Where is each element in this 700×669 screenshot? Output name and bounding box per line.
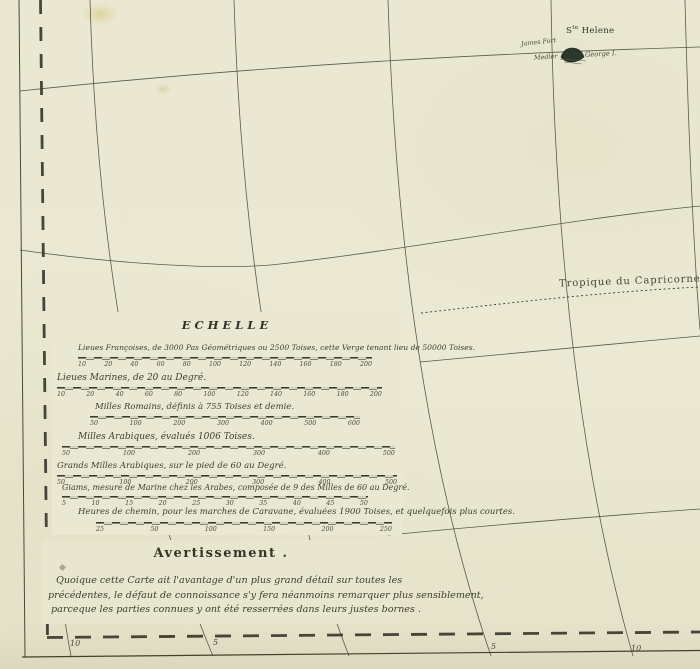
notice-paragraph: Quoique cette Carte ait l'avantage d'un … bbox=[46, 574, 398, 618]
scale-number: 160 bbox=[300, 361, 312, 368]
map-stage: Tropique du Capricorne Ste Helene James … bbox=[0, 0, 700, 669]
scale-bar bbox=[90, 416, 360, 419]
scale-number: 50 bbox=[360, 500, 368, 507]
scale-numbers: 5101520253035404550 bbox=[62, 500, 368, 507]
st-helena-island bbox=[560, 48, 586, 64]
scale-number: 25 bbox=[192, 500, 200, 507]
scale-number: 20 bbox=[86, 391, 94, 398]
scale-number: 140 bbox=[270, 391, 282, 398]
scale-number: 45 bbox=[326, 500, 334, 507]
scale-number: 30 bbox=[226, 500, 234, 507]
scale-numbers: 2550100150200250 bbox=[96, 526, 392, 533]
scale-numbers: 50100200300400500 bbox=[62, 450, 395, 457]
scale-number: 180 bbox=[337, 391, 349, 398]
medler-label: Medler bbox=[534, 52, 558, 62]
scale-number: 10 bbox=[92, 500, 100, 507]
scale-number: 40 bbox=[293, 500, 301, 507]
scale-title: ECHELLE bbox=[52, 318, 402, 332]
scale-number: 40 bbox=[116, 391, 124, 398]
scale-number: 50 bbox=[90, 420, 98, 427]
scale-number: 160 bbox=[303, 391, 315, 398]
george-island-label: George I. bbox=[585, 49, 617, 59]
scale-number: 200 bbox=[360, 361, 372, 368]
scale-bar bbox=[57, 475, 397, 478]
scale-number: 15 bbox=[125, 500, 133, 507]
scale-row-caption: Milles Romains, définis à 755 Toises et … bbox=[95, 402, 294, 412]
scale-number: 250 bbox=[380, 526, 392, 533]
scale-number: 150 bbox=[263, 526, 275, 533]
scale-number: 50 bbox=[62, 450, 70, 457]
scale-bar bbox=[78, 357, 372, 360]
bottom-graduated-border bbox=[47, 632, 700, 638]
scale-numbers: 1020406080100120140160180200 bbox=[78, 361, 372, 368]
scale-bar bbox=[96, 522, 392, 525]
scale-number: 400 bbox=[261, 420, 273, 427]
bottom-degree-label: 10 bbox=[70, 639, 80, 648]
bottom-degree-label: 5 bbox=[213, 638, 218, 647]
meridian-line bbox=[388, 0, 491, 656]
scale-number: 140 bbox=[269, 361, 281, 368]
scale-number: 200 bbox=[370, 391, 382, 398]
scale-number: 80 bbox=[183, 361, 191, 368]
scale-number: 200 bbox=[188, 450, 200, 457]
scale-number: 40 bbox=[130, 361, 138, 368]
scale-number: 10 bbox=[57, 391, 65, 398]
scale-row-caption: Heures de chemin, pour les marches de Ca… bbox=[78, 507, 515, 517]
island-name-label: Ste Helene bbox=[566, 25, 614, 36]
scale-block: ECHELLE Lieues Françoises, de 3000 Pas G… bbox=[52, 312, 402, 535]
notice-line: précédentes, le défaut de connoissance s… bbox=[46, 589, 398, 604]
scale-number: 200 bbox=[173, 420, 185, 427]
scale-number: 400 bbox=[318, 450, 330, 457]
scale-number: 60 bbox=[157, 361, 165, 368]
left-outer-border-line bbox=[19, 0, 25, 657]
scale-number: 35 bbox=[259, 500, 267, 507]
scale-number: 80 bbox=[174, 391, 182, 398]
scale-number: 100 bbox=[130, 420, 142, 427]
scale-row-caption: Grands Milles Arabiques, sur le pied de … bbox=[57, 461, 286, 471]
meridian-line bbox=[551, 0, 633, 656]
bottom-outer-border-line bbox=[22, 651, 700, 658]
scale-number: 500 bbox=[304, 420, 316, 427]
scale-number: 300 bbox=[217, 420, 229, 427]
scale-number: 600 bbox=[348, 420, 360, 427]
scale-number: 10 bbox=[78, 361, 86, 368]
scale-number: 300 bbox=[253, 450, 265, 457]
scale-number: 120 bbox=[237, 391, 249, 398]
scale-number: 100 bbox=[203, 391, 215, 398]
scale-number: 120 bbox=[239, 361, 251, 368]
scale-number: 20 bbox=[159, 500, 167, 507]
scale-number: 5 bbox=[62, 500, 66, 507]
island-name-rest: Helene bbox=[579, 26, 615, 36]
scale-row-caption: Lieues Marines, de 20 au Degré. bbox=[57, 373, 206, 383]
scale-number: 60 bbox=[145, 391, 153, 398]
scale-number: 100 bbox=[205, 526, 217, 533]
bottom-degree-label: 10 bbox=[631, 644, 641, 653]
tropic-of-capricorn-line bbox=[421, 287, 700, 313]
scale-row-caption: Lieues Françoises, de 3000 Pas Géométriq… bbox=[78, 343, 475, 352]
scale-bar bbox=[62, 446, 395, 449]
scale-number: 500 bbox=[383, 450, 395, 457]
scale-numbers: 50100200300400500600 bbox=[90, 420, 360, 427]
bottom-degree-label: 5 bbox=[491, 642, 496, 651]
scale-numbers: 1020406080100120140160180200 bbox=[57, 391, 382, 398]
scale-bar bbox=[62, 496, 368, 499]
notice-block: Avertissement . Quoique cette Carte ait … bbox=[42, 540, 400, 624]
scale-number: 100 bbox=[123, 450, 135, 457]
scale-row-caption: Milles Arabiques, évalués 1006 Toises. bbox=[78, 432, 255, 442]
notice-line: Quoique cette Carte ait l'avantage d'un … bbox=[46, 574, 398, 589]
scale-number: 180 bbox=[330, 361, 342, 368]
scale-number: 50 bbox=[150, 526, 158, 533]
scale-number: 200 bbox=[322, 526, 334, 533]
notice-title: Avertissement . bbox=[42, 546, 400, 561]
parallel-line bbox=[20, 206, 700, 267]
scale-number: 100 bbox=[209, 361, 221, 368]
scale-bar bbox=[57, 387, 382, 390]
scale-number: 25 bbox=[96, 526, 104, 533]
scale-number: 20 bbox=[104, 361, 112, 368]
scale-row-caption: Giams, mesure de Marine chez les Arabes,… bbox=[62, 483, 410, 492]
notice-line: parceque les parties connues y ont été r… bbox=[46, 603, 398, 618]
